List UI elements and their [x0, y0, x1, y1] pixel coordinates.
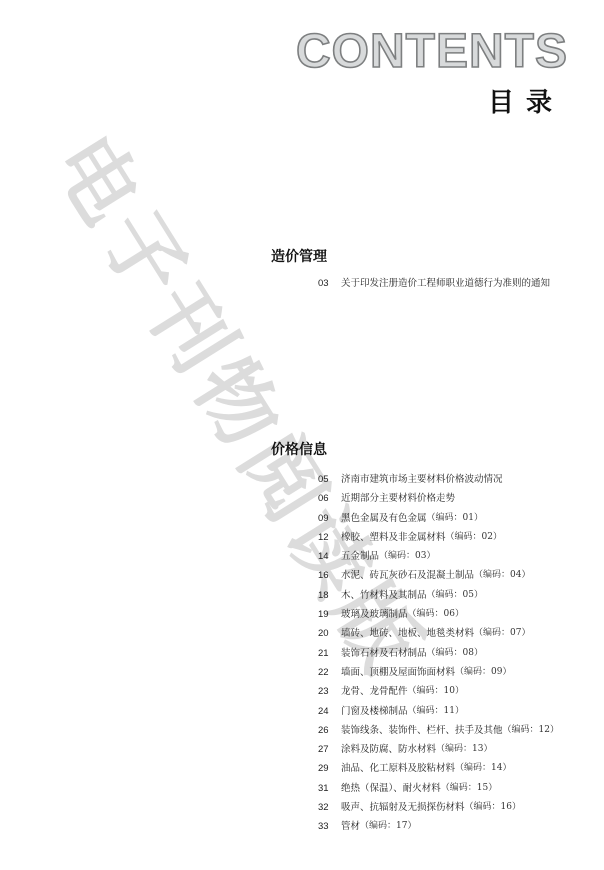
page-number: 20 [318, 624, 341, 643]
page-number: 24 [318, 702, 341, 721]
page-number: 12 [318, 528, 341, 547]
entry-code: （编码：09） [455, 663, 511, 682]
entry-code: （编码：16） [465, 798, 521, 817]
entry-title: 关于印发注册造价工程师职业道德行为准则的通知 [341, 274, 581, 293]
entry-code: （编码：10） [408, 682, 464, 701]
entry-title: 装饰石材及石材制品 [341, 644, 427, 663]
page-number: 22 [318, 663, 341, 682]
toc-entry[interactable]: 05济南市建筑市场主要材料价格波动情况 [318, 470, 559, 489]
entry-code: （编码：06） [408, 605, 464, 624]
page-number: 05 [318, 470, 341, 489]
page-number: 09 [318, 509, 341, 528]
toc-entry[interactable]: 06近期部分主要材料价格走势 [318, 489, 559, 508]
entry-code: （编码：12） [503, 721, 559, 740]
entry-title: 黑色金属及有色金属 [341, 509, 427, 528]
entry-code: （编码：17） [360, 817, 416, 836]
toc-entry[interactable]: 31绝热（保温）、耐火材料（编码：15） [318, 779, 559, 798]
entry-code: （编码：05） [427, 586, 483, 605]
entry-code: （编码：04） [474, 566, 530, 585]
toc-entry[interactable]: 03 关于印发注册造价工程师职业道德行为准则的通知 [318, 274, 581, 293]
section-title: 造价管理 [271, 246, 327, 266]
toc-entry[interactable]: 27涂料及防腐、防水材料（编码：13） [318, 740, 559, 759]
page-number: 27 [318, 740, 341, 759]
toc-entry[interactable]: 09黑色金属及有色金属（编码：01） [318, 509, 559, 528]
entry-title: 龙骨、龙骨配件 [341, 682, 408, 701]
page-number: 33 [318, 817, 341, 836]
section-price-info: 价格信息 [271, 439, 327, 459]
toc-entry[interactable]: 18木、竹材料及其制品（编码：05） [318, 586, 559, 605]
contents-title-cn: 目录 [488, 82, 564, 119]
entry-code: （编码：08） [427, 644, 483, 663]
toc-entry[interactable]: 12橡胶、塑料及非金属材料（编码：02） [318, 528, 559, 547]
entry-code: （编码：02） [446, 528, 502, 547]
entry-title: 近期部分主要材料价格走势 [341, 489, 455, 508]
toc-entry[interactable]: 22墙面、顶棚及屋面饰面材料（编码：09） [318, 663, 559, 682]
page-number: 18 [318, 586, 341, 605]
entry-code: （编码：01） [427, 509, 483, 528]
toc-entry[interactable]: 16水泥、砖瓦灰砂石及混凝土制品（编码：04） [318, 566, 559, 585]
section-title: 价格信息 [271, 439, 327, 459]
page-number: 19 [318, 605, 341, 624]
entry-code: （编码：13） [436, 740, 492, 759]
entry-title: 木、竹材料及其制品 [341, 586, 427, 605]
section-cost-management: 造价管理 [271, 246, 327, 266]
entry-title: 油品、化工原料及胶粘材料 [341, 759, 455, 778]
toc-entry[interactable]: 23龙骨、龙骨配件（编码：10） [318, 682, 559, 701]
entry-code: （编码：14） [455, 759, 511, 778]
page-number: 31 [318, 779, 341, 798]
entry-code: （编码：11） [408, 702, 464, 721]
toc-entry[interactable]: 24门窗及楼梯制品（编码：11） [318, 702, 559, 721]
entry-title: 门窗及楼梯制品 [341, 702, 408, 721]
toc-entry[interactable]: 32吸声、抗辐射及无损探伤材料（编码：16） [318, 798, 559, 817]
toc-entry[interactable]: 21装饰石材及石材制品（编码：08） [318, 644, 559, 663]
page-number: 06 [318, 489, 341, 508]
entry-title: 五金制品 [341, 547, 379, 566]
page-number: 16 [318, 566, 341, 585]
toc-entry[interactable]: 33管材（编码：17） [318, 817, 559, 836]
entry-code: （编码：15） [441, 779, 497, 798]
entry-title: 涂料及防腐、防水材料 [341, 740, 436, 759]
toc-entry[interactable]: 29油品、化工原料及胶粘材料（编码：14） [318, 759, 559, 778]
toc-entry[interactable]: 14五金制品（编码：03） [318, 547, 559, 566]
entry-title: 橡胶、塑料及非金属材料 [341, 528, 446, 547]
entry-title: 墙面、顶棚及屋面饰面材料 [341, 663, 455, 682]
page-number: 29 [318, 759, 341, 778]
section-cost-management-entries: 03 关于印发注册造价工程师职业道德行为准则的通知 [318, 274, 581, 293]
entry-title: 装饰线条、装饰件、栏杆、扶手及其他 [341, 721, 503, 740]
contents-title-en: CONTENTS [296, 28, 568, 76]
entry-code: （编码：03） [379, 547, 435, 566]
entry-title: 吸声、抗辐射及无损探伤材料 [341, 798, 465, 817]
entry-title: 绝热（保温）、耐火材料 [341, 779, 441, 798]
page-number: 21 [318, 644, 341, 663]
toc-entry[interactable]: 26装饰线条、装饰件、栏杆、扶手及其他（编码：12） [318, 721, 559, 740]
page-number: 14 [318, 547, 341, 566]
entry-code: （编码：07） [474, 624, 530, 643]
entry-title: 水泥、砖瓦灰砂石及混凝土制品 [341, 566, 474, 585]
page-number: 03 [318, 274, 341, 293]
page-number: 23 [318, 682, 341, 701]
toc-entry[interactable]: 19玻璃及玻璃制品（编码：06） [318, 605, 559, 624]
toc-entry[interactable]: 20墙砖、地砖、地板、地毯类材料（编码：07） [318, 624, 559, 643]
entry-title: 管材 [341, 817, 360, 836]
section-price-info-entries: 05济南市建筑市场主要材料价格波动情况 06近期部分主要材料价格走势 09黑色金… [318, 470, 559, 837]
entry-title: 墙砖、地砖、地板、地毯类材料 [341, 624, 474, 643]
entry-title: 玻璃及玻璃制品 [341, 605, 408, 624]
page-number: 26 [318, 721, 341, 740]
entry-title: 济南市建筑市场主要材料价格波动情况 [341, 470, 503, 489]
page-number: 32 [318, 798, 341, 817]
